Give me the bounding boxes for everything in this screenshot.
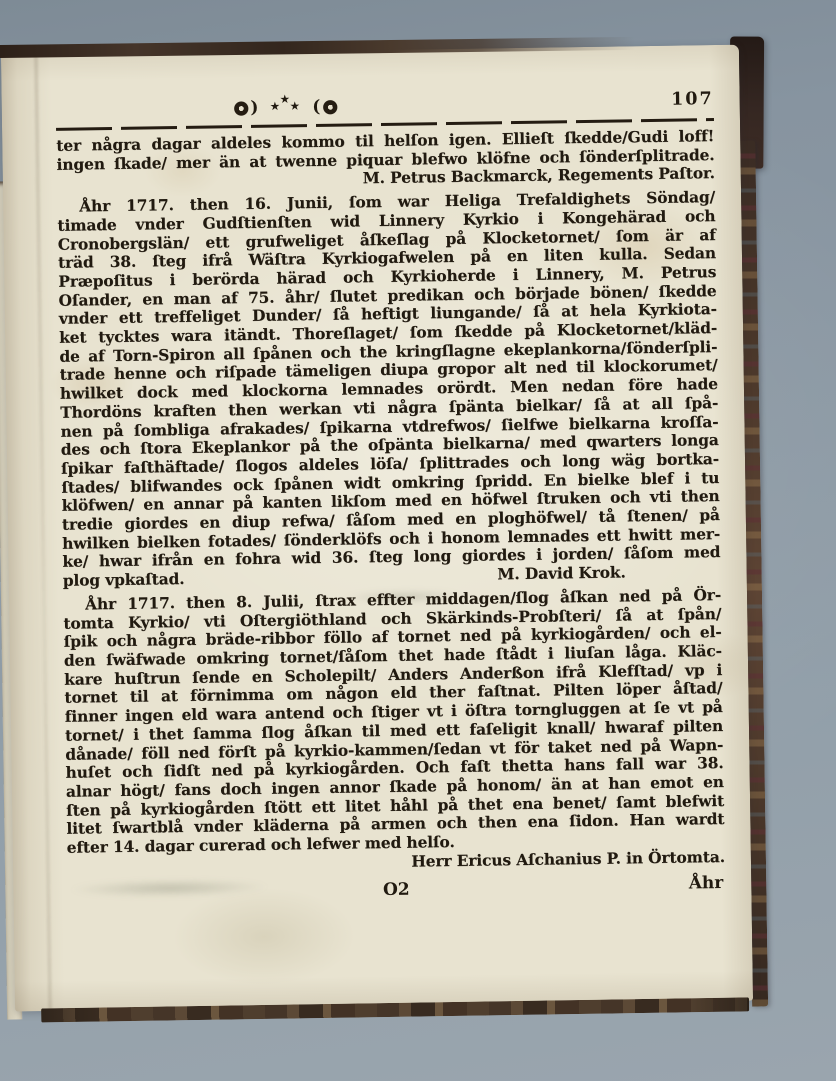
book-page: ) ★★★ ( 107 ter några dagar aldeles komm… — [1, 45, 753, 1012]
ornament-paren: ) — [250, 98, 258, 118]
rosette-icon — [233, 100, 248, 115]
paragraphs: ter några dagar aldeles kommo til helſon… — [56, 127, 725, 876]
ornament-paren: ( — [312, 97, 320, 117]
inline-signature: M. David Krok. — [497, 564, 626, 585]
rosette-icon — [322, 99, 337, 114]
para-1717-july-8-ortomta: Åhr 1717. then 8. Julii, ſtrax effter mi… — [63, 586, 725, 876]
header-ornament: ) ★★★ ( — [233, 97, 337, 119]
para-1717-june-16-linnery: Åhr 1717. then 16. Junii, ſom war Heliga… — [57, 188, 721, 590]
page-footer: O2 Åhr — [67, 875, 725, 911]
signature-mark: O2 — [383, 880, 410, 900]
text-block: ) ★★★ ( 107 ter några dagar aldeles komm… — [56, 89, 726, 911]
page-number: 107 — [671, 89, 714, 110]
asterism-icon: ★★★ — [270, 102, 300, 112]
catchword: Åhr — [689, 873, 724, 894]
book: ) ★★★ ( 107 ter några dagar aldeles komm… — [0, 30, 787, 1026]
para-continuation: ter några dagar aldeles kommo til helſon… — [56, 127, 715, 193]
photo-background: ) ★★★ ( 107 ter några dagar aldeles komm… — [0, 0, 836, 1081]
